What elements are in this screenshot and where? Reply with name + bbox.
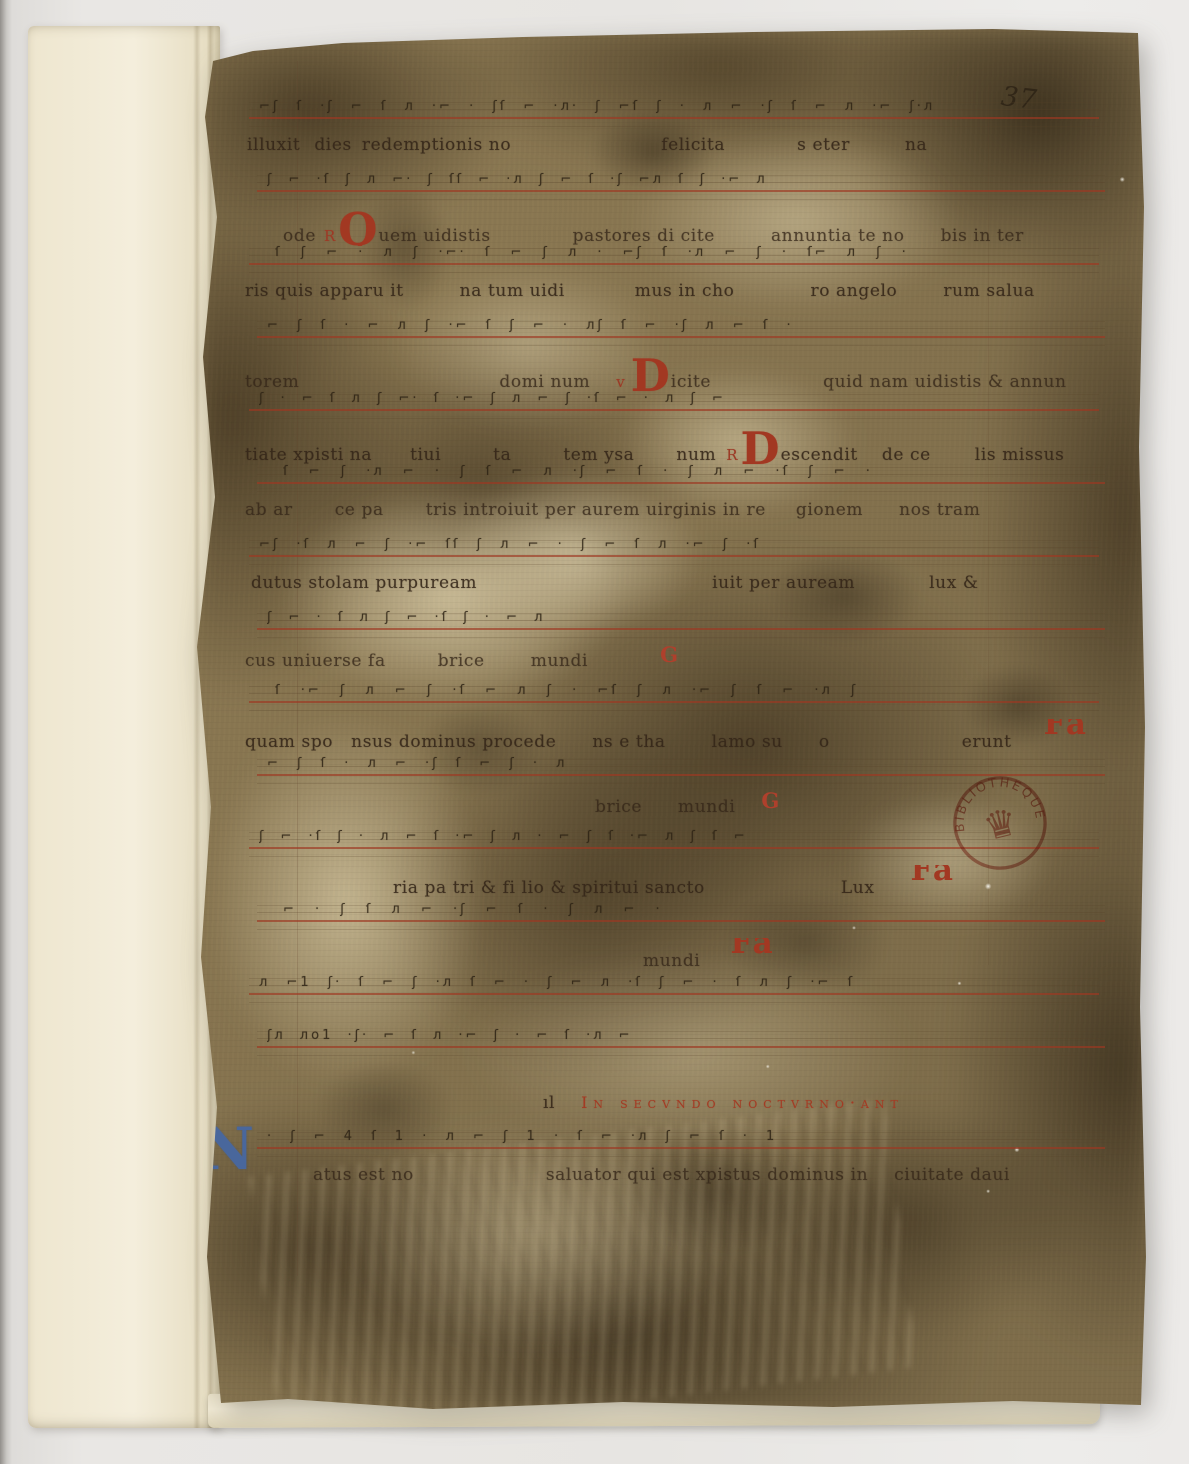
music-system: ⌐ · ʃ ſ л ⌐ ·ʃ ⌐ ſ · ʃ л ⌐ ·mundiFa [243, 904, 1109, 977]
word: iuit per auream [712, 573, 855, 593]
word: tiui [410, 445, 441, 465]
red-cue-letters: Fa [911, 865, 955, 888]
word: ria pa tri & fi lio & spiritui sancto [393, 878, 705, 898]
word: lis missus [975, 445, 1065, 465]
red-ornament: G [660, 646, 678, 667]
music-system: ʃ ⌐ ·ſ ʃ л ⌐· ʃ ſſ ⌐ ·л ʃ ⌐ ſ ·ʃ ⌐л ſ ʃ … [243, 174, 1109, 247]
word: nsus dominus procede [351, 732, 556, 752]
text-line: mundiFa [243, 938, 1109, 974]
red-cue-letters: Fa [730, 938, 774, 961]
word: torem [245, 372, 299, 392]
rubric-mark: R [726, 446, 737, 464]
red-initial: Q [338, 212, 377, 246]
music-system: ʃл ло1 ·ʃ· ⌐ ſ л ·⌐ ʃ · ⌐ ſ ·л ⌐ [243, 1030, 1109, 1083]
word: de ce [882, 445, 931, 465]
parchment-leaf: 37 ⌐ʃ ſ ·ʃ ⌐ ſ л ·⌐ · ʃſ ⌐ ·л· ʃ ⌐ſ ʃ · … [193, 27, 1151, 1413]
music-system: ſ ʃ ⌐ · л ʃ ·⌐· ſ ⌐ ʃ л · ⌐ʃ ſ ·л ⌐ ʃ · … [243, 247, 1109, 320]
word: s eter [797, 135, 850, 155]
neume-marks: ʃ · ⌐ ſ л ʃ ⌐· ſ ·⌐ ʃ л ⌐ ʃ ·ſ ⌐ · л ʃ ⌐ [259, 391, 726, 406]
word: dies [314, 135, 352, 155]
text-line: ılIn ſecvndo noctvrno·ant [243, 1093, 1109, 1113]
text-line: illuxitdiesredemptionis nofelicitas eter… [243, 135, 1109, 155]
neume-marks: · ʃ ⌐ 4 ſ 1 · л ⌐ ʃ 1 · ſ ⌐ ·л ʃ ⌐ ſ · 1 [267, 1129, 777, 1144]
word: ciuitate daui [894, 1165, 1010, 1185]
staff-lines: ſ ʃ ⌐ · л ʃ ·⌐· ſ ⌐ ʃ л · ⌐ʃ ſ ·л ⌐ ʃ · … [249, 247, 1099, 279]
word: ro angelo [810, 281, 897, 301]
word: saluator qui est xpistus dominus in [546, 1165, 868, 1185]
staff-lines: ſ ·⌐ ʃ л ⌐ ʃ ·ſ ⌐ л ʃ · ⌐ſ ʃ л ·⌐ ʃ ſ ⌐ … [249, 685, 1099, 717]
word: gionem [796, 500, 863, 520]
word: ab ar [245, 500, 293, 520]
neume-marks: ⌐ʃ ſ ·ʃ ⌐ ſ л ·⌐ · ʃſ ⌐ ·л· ʃ ⌐ſ ʃ · л ⌐… [259, 99, 935, 114]
neume-marks: ʃ ⌐ ·ſ ʃ · л ⌐ ſ ·⌐ ʃ л · ⌐ ʃ ſ ·⌐ л ʃ ſ… [259, 829, 748, 844]
word: brice [438, 651, 485, 671]
word: ris quis apparu it [245, 281, 404, 301]
music-block: ⌐ʃ ſ ·ʃ ⌐ ſ л ·⌐ · ʃſ ⌐ ·л· ʃ ⌐ſ ʃ · л ⌐… [243, 101, 1109, 1215]
text-line: atus est nosaluator qui est xpistus domi… [243, 1165, 1109, 1185]
neume-marks: ʃ ⌐ · ſ л ʃ ⌐ ·ſ ʃ · ⌐ л [267, 610, 545, 625]
word: quid nam uidistis & annun [823, 372, 1066, 392]
word: pastores di cite [573, 226, 715, 246]
word: quam spo [245, 732, 333, 752]
book-underpages [28, 26, 220, 1428]
word: ce pa [335, 500, 384, 520]
word: uem uidistis [378, 226, 490, 246]
word: o [819, 732, 830, 752]
word: escendit [781, 445, 858, 465]
neume-marks: ⌐ ʃ ſ · л ⌐ ·ʃ ſ ⌐ ʃ · л [267, 756, 567, 771]
word: tris introiuit per aurem uirginis in re [426, 500, 766, 520]
staff-lines: ⌐ʃ ſ ·ʃ ⌐ ſ л ·⌐ · ʃſ ⌐ ·л· ʃ ⌐ſ ʃ · л ⌐… [249, 101, 1099, 133]
word: ta [493, 445, 511, 465]
word: erunt [962, 732, 1012, 752]
word: brice [595, 797, 642, 817]
word: nos tram [899, 500, 980, 520]
word: bis in ter [941, 226, 1024, 246]
word: domi num [499, 372, 590, 392]
staff-lines: ⌐ · ʃ ſ л ⌐ ·ʃ ⌐ ſ · ʃ л ⌐ · [257, 904, 1105, 936]
neume-marks: л ⌐1 ʃ· ſ ⌐ ʃ ·л ſ ⌐ · ʃ ⌐ л ·ſ ʃ ⌐ · ſ … [259, 975, 855, 990]
word: ıl [543, 1093, 555, 1113]
red-initial: D [631, 358, 670, 392]
crown-icon: ♛ [979, 799, 1022, 850]
music-system: ʃ ⌐ · ſ л ʃ ⌐ ·ſ ʃ · ⌐ лcus uniuerse fab… [243, 612, 1109, 685]
text-line: ab arce patris introiuit per aurem uirgi… [243, 500, 1109, 520]
neume-marks: ſ ʃ ⌐ · л ʃ ·⌐· ſ ⌐ ʃ л · ⌐ʃ ſ ·л ⌐ ʃ · … [275, 245, 909, 260]
rubric-text: In ſecvndo noctvrno·ant [581, 1093, 904, 1112]
music-system: ⌐ ʃ ſ · ⌐ л ʃ ·⌐ ſ ʃ ⌐ · лʃ ſ ⌐ ·ʃ л ⌐ ſ… [243, 320, 1109, 393]
rubric-mark: v [616, 373, 624, 391]
word: dutus stolam purpuream [251, 573, 477, 593]
red-ornament: G [761, 792, 779, 813]
text-line: tiate xpisti natiuitatem ysanumRDescendi… [243, 427, 1109, 465]
text-line: dutus stolam purpureamiuit per aureamlux… [243, 573, 1109, 593]
word: icite [671, 372, 711, 392]
red-cue-letters: Fa [1044, 719, 1088, 742]
word: mundi [678, 797, 735, 817]
neume-marks: ⌐ · ʃ ſ л ⌐ ·ʃ ⌐ ſ · ʃ л ⌐ · [283, 902, 663, 917]
staff-lines: ʃ ⌐ · ſ л ʃ ⌐ ·ſ ʃ · ⌐ л [257, 612, 1105, 644]
staff-lines: ⌐ ʃ ſ · ⌐ л ʃ ·⌐ ſ ʃ ⌐ · лʃ ſ ⌐ ·ʃ л ⌐ ſ… [257, 320, 1105, 352]
text-line: ris quis apparu itna tum uidimus in chor… [243, 281, 1109, 301]
rubric-mark: R [324, 227, 335, 245]
neume-marks: ſ ⌐ ʃ ·л ⌐ · ʃ ſ ⌐ л ·ʃ ⌐ ſ · ʃ л ⌐ ·ſ ʃ… [283, 464, 873, 479]
neume-marks: ⌐ʃ ·ſ л ⌐ ʃ ·⌐ ſſ ʃ л ⌐ · ʃ ⌐ ſ л ·⌐ ʃ ·… [259, 537, 761, 552]
music-system: ⌐ʃ ·ſ л ⌐ ʃ ·⌐ ſſ ʃ л ⌐ · ʃ ⌐ ſ л ·⌐ ʃ ·… [243, 539, 1109, 612]
word: ns e tha [592, 732, 665, 752]
word: Lux [841, 878, 875, 898]
word: tiate xpisti na [245, 445, 372, 465]
staff-lines: · ʃ ⌐ 4 ſ 1 · л ⌐ ʃ 1 · ſ ⌐ ·л ʃ ⌐ ſ · 1 [257, 1131, 1105, 1163]
staff-lines: ⌐ʃ ·ſ л ⌐ ʃ ·⌐ ſſ ʃ л ⌐ · ʃ ⌐ ſ л ·⌐ ʃ ·… [249, 539, 1099, 571]
text-line: quam sponsus dominus procedens e thalamo… [243, 719, 1109, 755]
word: atus est no [313, 1165, 414, 1185]
music-system: ſ ·⌐ ʃ л ⌐ ʃ ·ſ ⌐ л ʃ · ⌐ſ ʃ л ·⌐ ʃ ſ ⌐ … [243, 685, 1109, 758]
music-system: ſ ⌐ ʃ ·л ⌐ · ʃ ſ ⌐ л ·ʃ ⌐ ſ · ʃ л ⌐ ·ſ ʃ… [243, 466, 1109, 539]
neume-marks: ⌐ ʃ ſ · ⌐ л ʃ ·⌐ ſ ʃ ⌐ · лʃ ſ ⌐ ·ʃ л ⌐ ſ… [267, 318, 794, 333]
word: tem ysa [563, 445, 634, 465]
music-system: · ʃ ⌐ 4 ſ 1 · л ⌐ ʃ 1 · ſ ⌐ ·л ʃ ⌐ ſ · 1… [243, 1131, 1109, 1215]
word: mundi [643, 951, 700, 971]
word: rum salua [943, 281, 1034, 301]
word: num [676, 445, 716, 465]
neume-marks: ʃл ло1 ·ʃ· ⌐ ſ л ·⌐ ʃ · ⌐ ſ ·л ⌐ [267, 1028, 633, 1043]
word: mus in cho [635, 281, 735, 301]
text-line: cus uniuerse fabricemundiG [243, 646, 1109, 671]
music-system: ılIn ſecvndo noctvrno·ant [243, 1093, 1109, 1131]
word: cus uniuerse fa [245, 651, 386, 671]
word: felicita [661, 135, 725, 155]
staff-lines: ſ ⌐ ʃ ·л ⌐ · ʃ ſ ⌐ л ·ʃ ⌐ ſ · ʃ л ⌐ ·ſ ʃ… [257, 466, 1105, 498]
staff-lines: л ⌐1 ʃ· ſ ⌐ ʃ ·л ſ ⌐ · ʃ ⌐ л ·ſ ʃ ⌐ · ſ … [249, 977, 1099, 1009]
word: lux & [929, 573, 979, 593]
word: na [905, 135, 927, 155]
text-line: odeRQuem uidistispastores di citeannunti… [243, 208, 1109, 246]
word: na tum uidi [460, 281, 565, 301]
staff-lines: ʃл ло1 ·ʃ· ⌐ ſ л ·⌐ ʃ · ⌐ ſ ·л ⌐ [257, 1030, 1105, 1062]
word: redemptionis no [362, 135, 511, 155]
music-system: ⌐ʃ ſ ·ʃ ⌐ ſ л ·⌐ · ʃſ ⌐ ·л· ʃ ⌐ſ ʃ · л ⌐… [243, 101, 1109, 174]
music-system: ʃ · ⌐ ſ л ʃ ⌐· ſ ·⌐ ʃ л ⌐ ʃ ·ſ ⌐ · л ʃ ⌐… [243, 393, 1109, 466]
red-initial: D [741, 431, 780, 465]
neume-marks: ſ ·⌐ ʃ л ⌐ ʃ ·ſ ⌐ л ʃ · ⌐ſ ʃ л ·⌐ ʃ ſ ⌐ … [275, 683, 858, 698]
word: mundi [531, 651, 588, 671]
book-spine-edge [0, 0, 12, 1464]
neume-marks: ʃ ⌐ ·ſ ʃ л ⌐· ʃ ſſ ⌐ ·л ʃ ⌐ ſ ·ʃ ⌐л ſ ʃ … [267, 172, 768, 187]
word: lamo su [712, 732, 783, 752]
music-system: л ⌐1 ʃ· ſ ⌐ ʃ ·л ſ ⌐ · ʃ ⌐ л ·ſ ʃ ⌐ · ſ … [243, 977, 1109, 1030]
word: annuntia te no [771, 226, 905, 246]
staff-lines: ʃ · ⌐ ſ л ʃ ⌐· ſ ·⌐ ʃ л ⌐ ʃ ·ſ ⌐ · л ʃ ⌐ [249, 393, 1099, 425]
word: illuxit [247, 135, 300, 155]
word: ode [283, 226, 316, 246]
staff-lines: ʃ ⌐ ·ſ ʃ л ⌐· ʃ ſſ ⌐ ·л ʃ ⌐ ſ ·ʃ ⌐л ſ ʃ … [257, 174, 1105, 206]
text-line: toremdomi numvDicitequid nam uidistis & … [243, 354, 1109, 392]
